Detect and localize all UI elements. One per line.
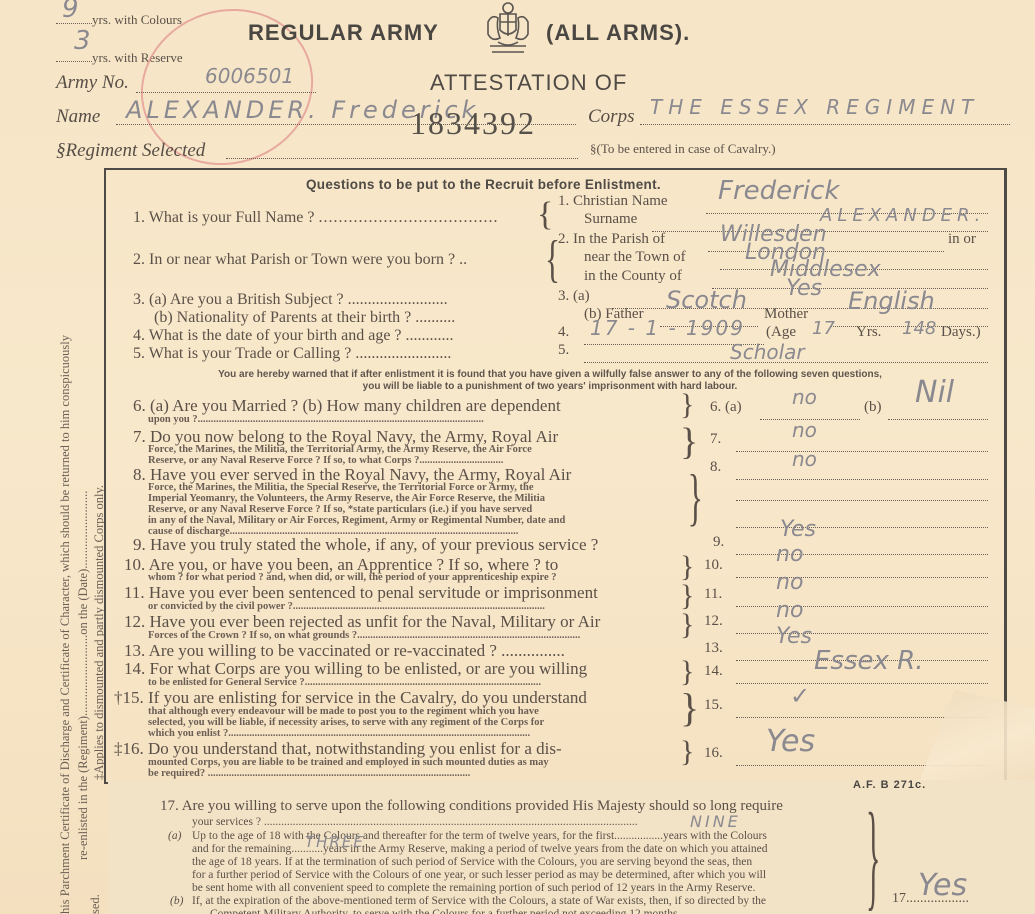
- answer-11-field[interactable]: [736, 596, 988, 607]
- answer-7-label: 7.: [710, 431, 721, 448]
- answer-1-surname-label: Surname: [584, 211, 637, 228]
- question-15-sub3: which you enlist ?......................…: [148, 728, 530, 739]
- question-17-line2: your services ? ........................…: [192, 816, 638, 830]
- answer-17-value: Yes: [918, 868, 967, 903]
- answer-6b-field[interactable]: [888, 409, 988, 420]
- question-8-sub4: in any of the Naval, Military or Air For…: [148, 515, 565, 526]
- answer-3b-father-value: Scotch: [666, 286, 747, 314]
- answer-1-christian-label: 1. Christian Name: [558, 193, 668, 210]
- question-13: 13. Are you willing to be vaccinated or …: [124, 641, 565, 661]
- question-11: 11. Have you ever been sentenced to pena…: [124, 583, 598, 603]
- answer-7-field[interactable]: [736, 441, 988, 452]
- answer-3a-label: 3. (a): [558, 288, 590, 305]
- question-8-sub2: Imperial Yeomanry, the Volunteers, the A…: [148, 493, 545, 504]
- answer-12-field[interactable]: [736, 623, 988, 634]
- name-label: Name: [56, 106, 100, 128]
- answer-3b-mother-label: Mother: [764, 306, 808, 323]
- title-regular-army: REGULAR ARMY: [248, 20, 439, 46]
- answer-8-field-line2[interactable]: [736, 496, 988, 501]
- answer-5-value: Scholar: [730, 340, 805, 364]
- brace-icon: }: [680, 608, 694, 642]
- question-4: 4. What is the date of your birth and ag…: [133, 327, 454, 345]
- question-10-sub: whom ? for what period ? and, when did, …: [148, 572, 557, 583]
- colours-years-value: NINE: [690, 812, 741, 831]
- answer-12-label: 12.: [704, 613, 723, 630]
- answer-4-age-years: 17: [812, 318, 835, 339]
- royal-coat-of-arms-icon: [478, 0, 538, 60]
- answer-4-age-days: 148: [902, 318, 936, 339]
- answer-2-county-label: in the County of: [584, 268, 682, 285]
- answer-6a-value: no: [792, 385, 817, 409]
- question-6: 6. (a) Are you Married ? (b) How many ch…: [133, 396, 561, 416]
- answer-4-yrs-label: Yrs.: [856, 324, 881, 341]
- form-code: A.F. B 271c.: [853, 779, 926, 791]
- attestation-title: ATTESTATION OF: [430, 70, 627, 96]
- question-5: 5. What is your Trade or Calling ? .....…: [133, 345, 451, 363]
- answer-8-field[interactable]: [736, 469, 988, 480]
- regiment-selected-field[interactable]: [226, 146, 578, 159]
- answer-2-parish-suffix: in or: [948, 231, 976, 248]
- answer-4-label: 4.: [558, 324, 569, 341]
- answer-1-surname-value: ALEXANDER.: [820, 205, 985, 226]
- answer-6b-label: (b): [864, 399, 882, 416]
- question-9: 9. Have you truly stated the whole, if a…: [133, 535, 598, 555]
- question-14: 14. For what Corps are you willing to be…: [124, 659, 587, 679]
- answer-15-value: ✓: [790, 682, 810, 710]
- serial-number: 1834392: [410, 105, 536, 142]
- question-12-sub: Forces of the Crown ? If so, on what gro…: [148, 630, 580, 641]
- answer-6b-value: Nil: [915, 375, 954, 410]
- answer-2-town-label: near the Town of: [584, 249, 686, 266]
- answer-10-label: 10.: [704, 557, 723, 574]
- brace-icon: }: [866, 795, 880, 914]
- question-15: †15. If you are enlisting for service in…: [114, 688, 587, 708]
- question-8-sub: Force, the Marines, the Militia, the Spe…: [148, 482, 533, 493]
- answer-7-value: no: [792, 418, 817, 442]
- answer-11-value: no: [776, 570, 803, 595]
- army-no-label: Army No.: [56, 72, 129, 94]
- question-16-sub: mounted Corps, you are liable to be trai…: [148, 757, 549, 768]
- answer-16-value: Yes: [766, 724, 815, 759]
- condition-a-line2: and for the remaining...........years in…: [192, 843, 767, 857]
- answer-10-field[interactable]: [736, 567, 988, 578]
- answer-13-label: 13.: [704, 640, 723, 657]
- condition-b-label: (b): [170, 895, 183, 909]
- question-2: 2. In or near what Parish or Town were y…: [133, 251, 467, 269]
- cavalry-note: §(To be entered in case of Cavalry.): [590, 141, 776, 157]
- answer-2-parish-label: 2. In the Parish of: [558, 231, 665, 248]
- corps-value: THE ESSEX REGIMENT: [650, 95, 979, 119]
- answer-3b-mother-value: English: [848, 287, 935, 315]
- condition-b-line1: If, at the expiration of the above-menti…: [192, 895, 766, 909]
- army-no-value: 6006501: [205, 64, 294, 88]
- answer-9-label: 9.: [713, 534, 724, 551]
- question-11-sub: or convicted by the civil power ?.......…: [148, 601, 545, 612]
- question-8-sub3: Reserve, or any Naval Reserve Force ? If…: [148, 504, 532, 515]
- answer-16-label: 16.: [704, 745, 723, 762]
- answer-5-label: 5.: [558, 342, 569, 359]
- question-3b: (b) Nationality of Parents at their birt…: [154, 309, 455, 327]
- question-1: 1. What is your Full Name ? ............…: [133, 209, 498, 227]
- answer-1-christian-value: Frederick: [718, 176, 839, 206]
- condition-a-line3: the age of 18 years. If at the terminati…: [192, 856, 752, 870]
- answer-13-value: Yes: [776, 624, 812, 649]
- answer-6a-label: 6. (a): [710, 399, 742, 416]
- title-all-arms: (ALL ARMS).: [546, 20, 690, 46]
- brace-icon: }: [680, 684, 699, 731]
- condition-a-line5: be sent home with all convenient speed t…: [192, 882, 755, 896]
- question-14-sub: to be enlisted for General Service ?....…: [148, 677, 541, 688]
- brace-icon: }: [680, 388, 694, 422]
- condition-a-label: (a): [168, 830, 181, 844]
- condition-a-line4: for a further period of Service with the…: [192, 869, 766, 883]
- question-16-sub2: be required? ...........................…: [148, 768, 470, 779]
- condition-a-line1: Up to the age of 18 with the Colours and…: [192, 830, 767, 844]
- answer-8-value: no: [792, 447, 817, 471]
- answer-14-value: Essex R.: [814, 646, 924, 676]
- answer-11-label: 11.: [704, 586, 722, 603]
- answer-4-value: 17 - 1 - 1909: [590, 316, 745, 340]
- questions-heading: Questions to be put to the Recruit befor…: [306, 177, 661, 192]
- condition-b-line2: Competent Military Authority, to serve w…: [210, 908, 680, 914]
- answer-8-label: 8.: [710, 459, 721, 476]
- margin-note-2: re-enlisted in the (Regiment)...........…: [76, 491, 91, 860]
- answer-4-days-label: Days.): [941, 324, 981, 341]
- corps-label: Corps: [588, 106, 634, 128]
- question-3a: 3. (a) Are you a British Subject ? .....…: [133, 291, 448, 309]
- answer-9-value: Yes: [780, 517, 816, 542]
- brace-icon: }: [680, 420, 698, 464]
- brace-icon: {: [537, 196, 553, 234]
- reserve-years-value: THREE: [305, 833, 365, 851]
- question-15-sub: that although every endeavour will be ma…: [148, 706, 539, 717]
- brace-icon: }: [680, 735, 694, 769]
- question-15-sub2: selected, you will be liable, if necessi…: [148, 717, 544, 728]
- regiment-selected-label: §Regiment Selected: [56, 140, 205, 162]
- question-16: ‡16. Do you understand that, notwithstan…: [114, 739, 562, 759]
- question-6-sub: upon you ?..............................…: [148, 414, 484, 425]
- answer-15-label: 15.: [704, 697, 723, 714]
- answer-9-field[interactable]: [736, 544, 988, 555]
- question-7-sub: Force, the Marines, the Militia, the Ter…: [148, 444, 532, 455]
- answer-4-age-prefix: (Age: [766, 324, 796, 341]
- margin-note-4: sed.: [88, 894, 103, 914]
- answer-12-value: no: [776, 598, 803, 623]
- answer-8-field-line3[interactable]: [736, 523, 988, 528]
- answer-10-value: no: [776, 542, 803, 567]
- answer-14-label: 14.: [704, 663, 723, 680]
- answer-3a-value: Yes: [786, 276, 822, 301]
- margin-note-1: his Parchment Certificate of Discharge a…: [58, 335, 73, 914]
- false-answer-warning: You are hereby warned that if after enli…: [120, 369, 980, 393]
- question-12: 12. Have you ever been rejected as unfit…: [124, 612, 600, 632]
- brace-icon: }: [688, 460, 703, 534]
